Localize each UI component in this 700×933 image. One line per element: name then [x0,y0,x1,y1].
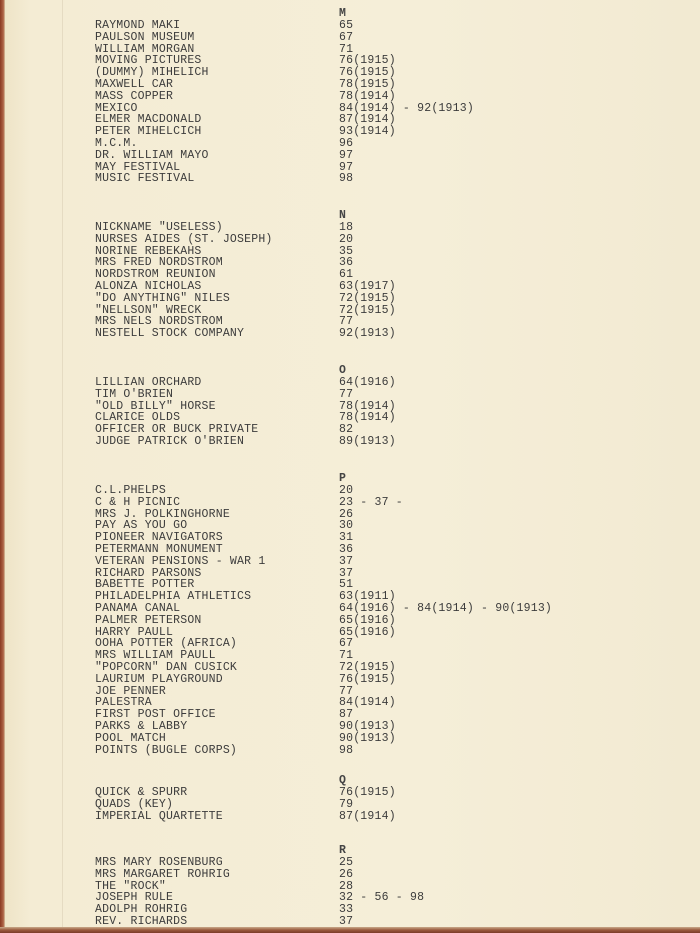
index-entry: MASS COPPER78(1914) [0,91,700,103]
entry-page-refs: 97 [339,150,353,162]
entry-name: IMPERIAL QUARTETTE [95,811,223,823]
entry-name: JUDGE PATRICK O'BRIEN [95,436,244,448]
entry-page-refs: 72(1915) [339,293,396,305]
index-entry: MUSIC FESTIVAL98 [0,173,700,185]
entry-name: MUSIC FESTIVAL [95,173,194,185]
entry-page-refs: 77 [339,389,353,401]
entry-name: NURSES AIDES (ST. JOSEPH) [95,234,273,246]
index-entry: PALMER PETERSON65(1916) [0,615,700,627]
index-entry: "DO ANYTHING" NILES72(1915) [0,293,700,305]
entry-name: MASS COPPER [95,91,173,103]
entry-name: VETERAN PENSIONS - WAR 1 [95,556,265,568]
entry-page-refs: 65(1916) [339,615,396,627]
entry-page-refs: 23 - 37 - [339,497,403,509]
entry-name: C & H PICNIC [95,497,180,509]
entry-name: QUADS (KEY) [95,799,173,811]
index-entry: PAULSON MUSEUM67 [0,32,700,44]
index-entry: POOL MATCH90(1913) [0,733,700,745]
entry-name: MRS MARGARET ROHRIG [95,869,230,881]
entry-name: LAURIUM PLAYGROUND [95,674,223,686]
index-entry: VETERAN PENSIONS - WAR 137 [0,556,700,568]
index-entry: LAURIUM PLAYGROUND76(1915) [0,674,700,686]
index-entry: DR. WILLIAM MAYO97 [0,150,700,162]
index-entry: REV. RICHARDS37 [0,916,700,928]
entry-name: PALMER PETERSON [95,615,202,627]
entry-name: REV. RICHARDS [95,916,187,928]
index-entry: C & H PICNIC23 - 37 - [0,497,700,509]
entry-page-refs: 89(1913) [339,436,396,448]
entry-name: DR. WILLIAM MAYO [95,150,209,162]
entry-name: NESTELL STOCK COMPANY [95,328,244,340]
entry-name: "DO ANYTHING" NILES [95,293,230,305]
entry-page-refs: 98 [339,173,353,185]
entry-page-refs: 20 [339,234,353,246]
entry-page-refs: 37 [339,556,353,568]
index-entry: POINTS (BUGLE CORPS)98 [0,745,700,757]
index-entry: NURSES AIDES (ST. JOSEPH)20 [0,234,700,246]
entry-page-refs: 76(1915) [339,674,396,686]
index-entry: MRS MARGARET ROHRIG26 [0,869,700,881]
entry-page-refs: 92(1913) [339,328,396,340]
index-entry: IMPERIAL QUARTETTE87(1914) [0,811,700,823]
entry-page-refs: 79 [339,799,353,811]
entry-page-refs: 87(1914) [339,811,396,823]
entry-page-refs: 98 [339,745,353,757]
entry-page-refs: 67 [339,32,353,44]
index-entry: NESTELL STOCK COMPANY92(1913) [0,328,700,340]
entry-page-refs: 90(1913) [339,733,396,745]
entry-name: TIM O'BRIEN [95,389,173,401]
entry-page-refs: 26 [339,869,353,881]
entry-name: POINTS (BUGLE CORPS) [95,745,237,757]
index-entry: JUDGE PATRICK O'BRIEN89(1913) [0,436,700,448]
entry-name: PAULSON MUSEUM [95,32,194,44]
index-entry: TIM O'BRIEN77 [0,389,700,401]
entry-page-refs: 37 [339,916,353,928]
index-entry: QUADS (KEY)79 [0,799,700,811]
entry-name: POOL MATCH [95,733,166,745]
entry-page-refs: 78(1914) [339,91,396,103]
